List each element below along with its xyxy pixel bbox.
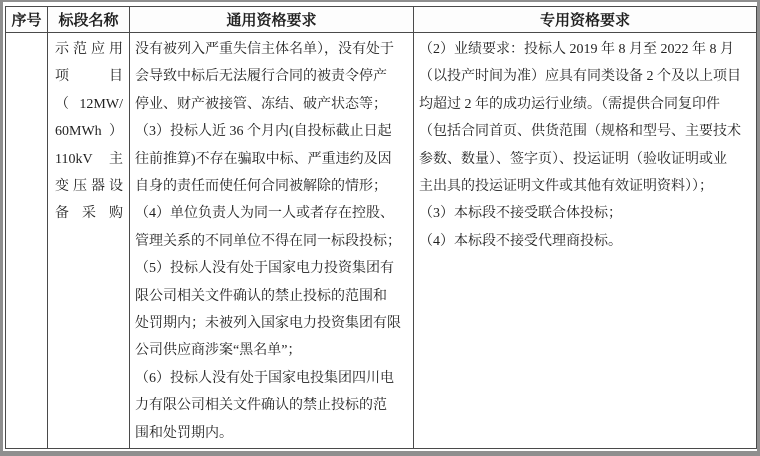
header-special-requirements: 专用资格要求 xyxy=(414,7,757,33)
cell-general-requirements: 没有被列入严重失信主体名单），没有处于会导致中标后无法履行合同的被责令停产停业、… xyxy=(130,33,414,449)
cell-section-name: 示范应用项 目（12MW/60MWh）110kV 主变压器设备采购 xyxy=(48,33,130,449)
header-section-name: 标段名称 xyxy=(48,7,130,33)
header-general-requirements: 通用资格要求 xyxy=(130,7,414,33)
cell-seq xyxy=(6,33,48,449)
qualification-requirements-table: 序号 标段名称 通用资格要求 专用资格要求 示范应用项 目（12MW/60MWh… xyxy=(5,6,757,449)
table-header-row: 序号 标段名称 通用资格要求 专用资格要求 xyxy=(6,7,757,33)
document-page: 序号 标段名称 通用资格要求 专用资格要求 示范应用项 目（12MW/60MWh… xyxy=(3,2,757,451)
table-row: 示范应用项 目（12MW/60MWh）110kV 主变压器设备采购 没有被列入严… xyxy=(6,33,757,449)
header-seq: 序号 xyxy=(6,7,48,33)
cell-special-requirements: （2）业绩要求：投标人 2019 年 8 月至 2022 年 8 月（以投产时间… xyxy=(414,33,757,449)
